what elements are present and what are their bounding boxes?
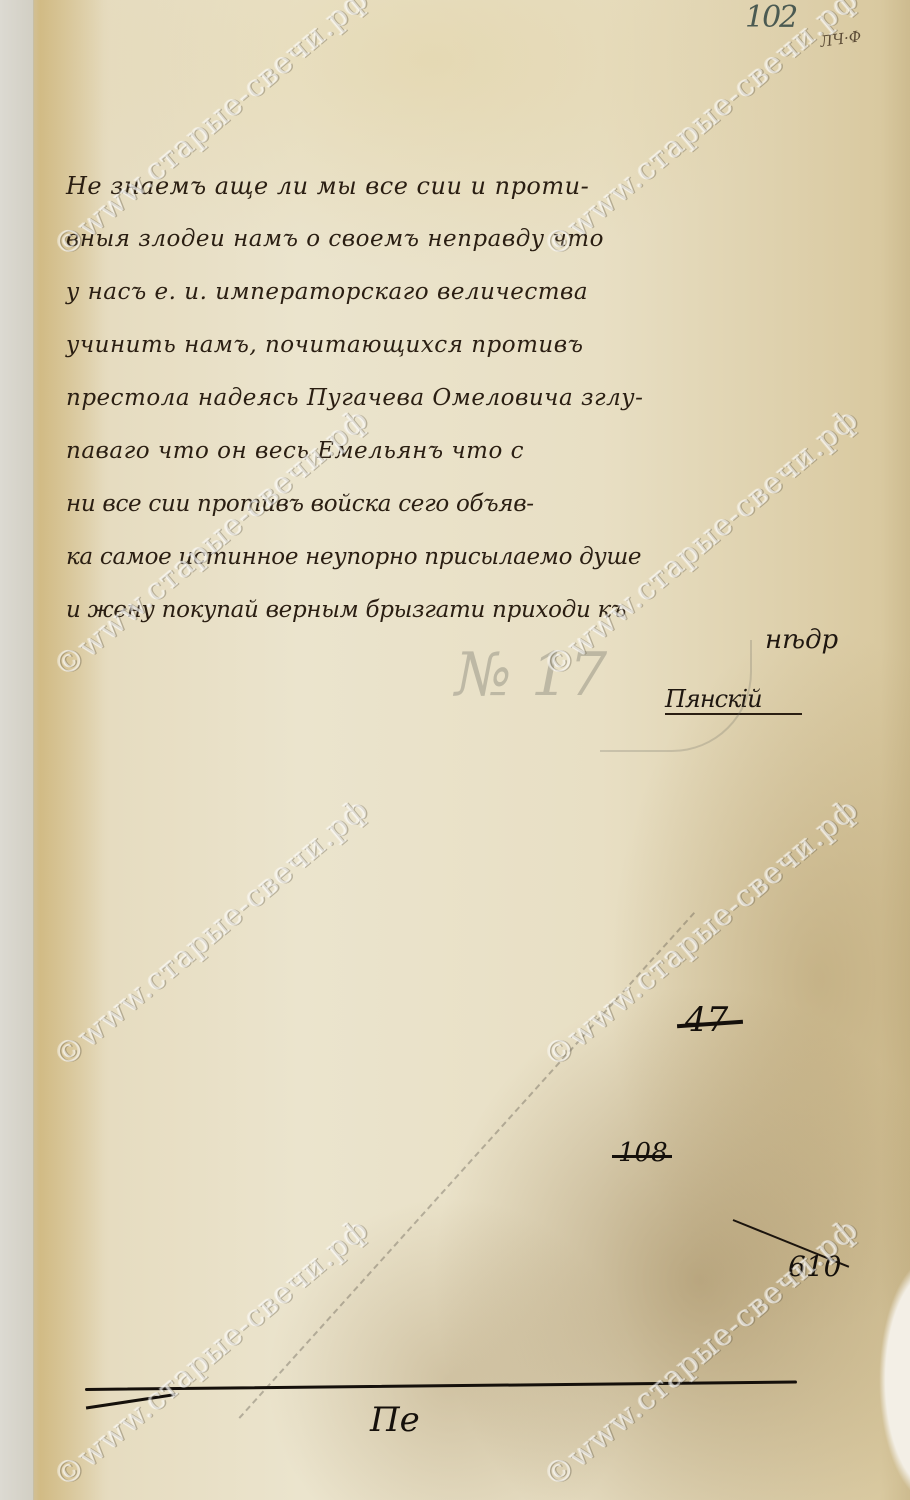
signature-title: нѣдр [765, 625, 838, 655]
margin-number: 108 [618, 1138, 668, 1168]
text-line: у насъ е. и. императорскаго величества [66, 266, 806, 319]
text-line: ни все сии противъ войска сего объяв- [66, 478, 806, 531]
manuscript-page: 102 ЛЧ·Ф Не знаемъ аще ли мы все сии и п… [0, 0, 910, 1500]
text-line: учинить намъ, почитающихся противъ [66, 319, 806, 372]
scan-margin-strip [0, 0, 34, 1500]
faint-pencil-arc [600, 640, 752, 752]
text-line: паваго что он весь Емельянъ что с [66, 425, 806, 478]
paper-tear-corner [840, 1160, 910, 1500]
text-line: вныя злодеи намъ о своемъ неправду что [66, 213, 806, 266]
text-line: престола надеясь Пугачева Омеловича зглу… [66, 372, 806, 425]
margin-number: 47 [685, 1000, 728, 1040]
catchword: Пе [370, 1400, 420, 1440]
watermark: ©www.старые-свечи.рф [538, 1212, 866, 1495]
